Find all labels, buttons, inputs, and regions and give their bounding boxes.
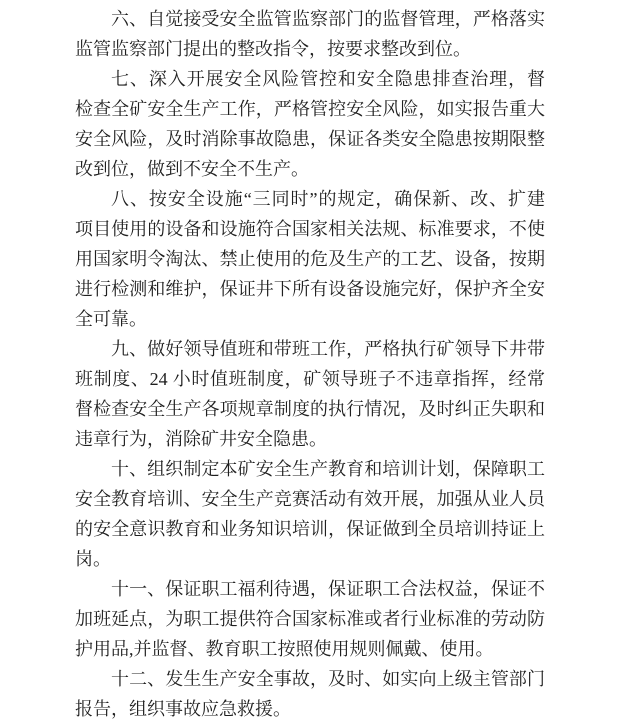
text-line: 违章行为，消除矿井安全隐患。 [75, 424, 545, 454]
text-line: 加班延点，为职工提供符合国家标准或者行业标准的劳动防 [75, 604, 545, 634]
paragraph: 十二、发生生产安全事故，及时、如实向上级主管部门报告，组织事故应急救援。 [75, 664, 545, 720]
text-line: 六、自觉接受安全监管监察部门的监督管理，严格落实 [75, 4, 545, 34]
paragraph: 八、按安全设施“三同时”的规定，确保新、改、扩建项目使用的设备和设施符合国家相关… [75, 184, 545, 334]
text-line: 九、做好领导值班和带班工作，严格执行矿领导下井带 [75, 334, 545, 364]
text-line: 班制度、24 小时值班制度，矿领导班子不违章指挥，经常监 [75, 364, 545, 394]
text-line: 十二、发生生产安全事故，及时、如实向上级主管部门 [75, 664, 545, 694]
text-line: 的安全意识教育和业务知识培训，保证做到全员培训持证上 [75, 514, 545, 544]
text-line: 检查全矿安全生产工作，严格管控安全风险，如实报告重大 [75, 94, 545, 124]
paragraph: 七、深入开展安全风险管控和安全隐患排查治理，督促、检查全矿安全生产工作，严格管控… [75, 64, 545, 184]
text-line: 用国家明令淘汰、禁止使用的危及生产的工艺、设备，按期 [75, 244, 545, 274]
text-line: 进行检测和维护，保证井下所有设备设施完好，保护齐全安 [75, 274, 545, 304]
text-line: 改到位，做到不安全不生产。 [75, 154, 545, 184]
document-page: 六、自觉接受安全监管监察部门的监督管理，严格落实监管监察部门提出的整改指令，按要… [0, 0, 642, 720]
paragraph: 十一、保证职工福利待遇，保证职工合法权益，保证不加班延点，为职工提供符合国家标准… [75, 574, 545, 664]
text-line: 八、按安全设施“三同时”的规定，确保新、改、扩建 [75, 184, 545, 214]
paragraph: 六、自觉接受安全监管监察部门的监督管理，严格落实监管监察部门提出的整改指令，按要… [75, 4, 545, 64]
text-line: 报告，组织事故应急救援。 [75, 694, 545, 720]
document-body: 六、自觉接受安全监管监察部门的监督管理，严格落实监管监察部门提出的整改指令，按要… [75, 4, 545, 720]
text-line: 安全教育培训、安全生产竞赛活动有效开展，加强从业人员 [75, 484, 545, 514]
paragraph: 十、组织制定本矿安全生产教育和培训计划，保障职工安全教育培训、安全生产竞赛活动有… [75, 454, 545, 574]
text-line: 督检查安全生产各项规章制度的执行情况，及时纠正失职和 [75, 394, 545, 424]
text-line: 护用品,并监督、教育职工按照使用规则佩戴、使用。 [75, 634, 545, 664]
text-line: 全可靠。 [75, 304, 545, 334]
text-line: 安全风险，及时消除事故隐患，保证各类安全隐患按期限整 [75, 124, 545, 154]
text-line: 十一、保证职工福利待遇，保证职工合法权益，保证不 [75, 574, 545, 604]
text-line: 项目使用的设备和设施符合国家相关法规、标准要求，不使 [75, 214, 545, 244]
text-line: 监管监察部门提出的整改指令，按要求整改到位。 [75, 34, 545, 64]
paragraph: 九、做好领导值班和带班工作，严格执行矿领导下井带班制度、24 小时值班制度，矿领… [75, 334, 545, 454]
text-line: 十、组织制定本矿安全生产教育和培训计划，保障职工 [75, 454, 545, 484]
text-line: 岗。 [75, 544, 545, 574]
text-line: 七、深入开展安全风险管控和安全隐患排查治理，督促、 [75, 64, 545, 94]
